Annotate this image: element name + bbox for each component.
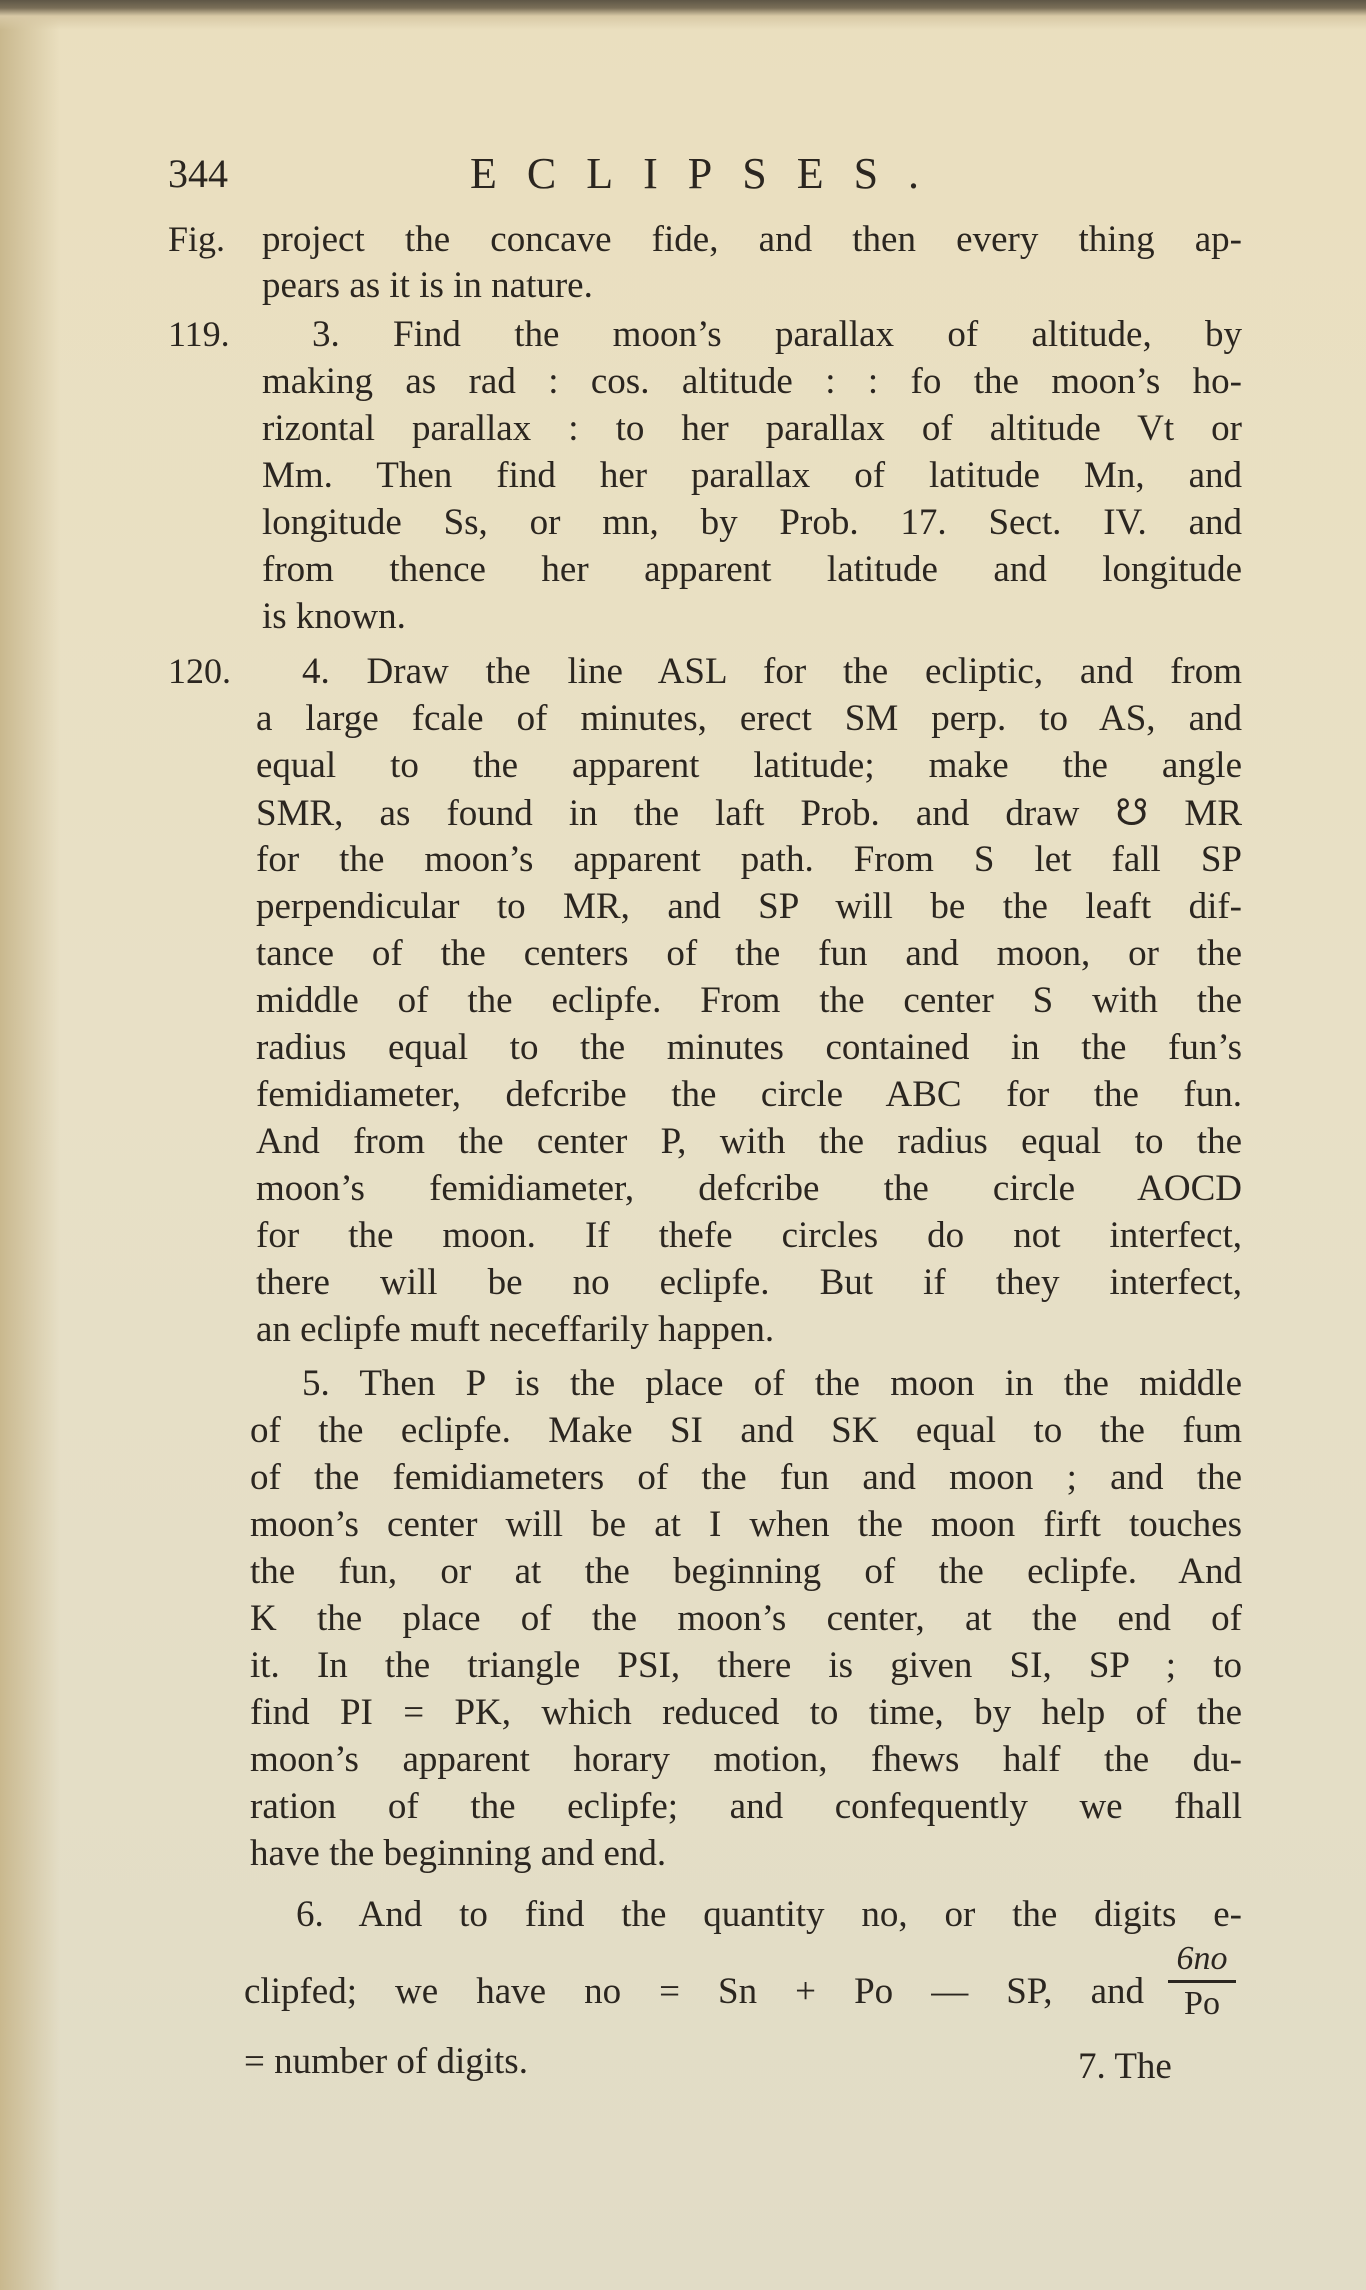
text-line: for the moon. If thefe circles do not in…	[256, 1214, 1242, 1257]
text-line: rizontal parallax : to her parallax of a…	[262, 407, 1242, 450]
page-number: 344	[168, 150, 228, 197]
text-line: And from the center P, with the radius e…	[256, 1120, 1242, 1163]
text-line: K the place of the moon’s center, at the…	[250, 1597, 1242, 1640]
text-line: of the eclipfe. Make SI and SK equal to …	[250, 1409, 1242, 1452]
digits-fraction: 6no Po	[1168, 1940, 1236, 2023]
running-title: ECLIPSES.	[470, 148, 949, 199]
margin-note-120: 120.	[168, 650, 231, 692]
text-line: SMR, as found in the laft Prob. and draw…	[256, 791, 1242, 835]
text-line: clipfed; we have no = Sn + Po — SP, and	[244, 1970, 1144, 2013]
fraction-denominator: Po	[1168, 1985, 1236, 2023]
text-line: 3. Find the moon’s parallax of altitude,…	[312, 313, 1242, 356]
text-line: perpendicular to MR, and SP will be the …	[256, 885, 1242, 928]
text-line: middle of the eclipfe. From the center S…	[256, 979, 1242, 1022]
text-line: find PI = PK, which reduced to time, by …	[250, 1691, 1242, 1734]
text-line: an eclipfe muft neceffarily happen.	[256, 1308, 774, 1351]
text-line: 6. And to find the quantity no, or the d…	[296, 1893, 1242, 1936]
text-line: have the beginning and end.	[250, 1832, 666, 1875]
text-line: it. In the triangle PSI, there is given …	[250, 1644, 1242, 1687]
text-line: femidiameter, defcribe the circle ABC fo…	[256, 1073, 1242, 1116]
fraction-bar	[1168, 1980, 1236, 1983]
book-page: 344 ECLIPSES. Fig. 119. 120. project the…	[0, 0, 1366, 2290]
text-line: Mm. Then find her parallax of latitude M…	[262, 454, 1242, 497]
margin-note-119: 119.	[168, 313, 230, 355]
text-line: is known.	[262, 595, 406, 638]
text-line: longitude Ss, or mn, by Prob. 17. Sect. …	[262, 501, 1242, 544]
text-line: of the femidiameters of the fun and moon…	[250, 1456, 1242, 1499]
text-line: 4. Draw the line ASL for the ecliptic, a…	[302, 650, 1242, 693]
text-line: 5. Then P is the place of the moon in th…	[302, 1362, 1242, 1405]
text-line: for the moon’s apparent path. From S let…	[256, 838, 1242, 881]
text-line: there will be no eclipfe. But if they in…	[256, 1261, 1242, 1304]
text-line: the fun, or at the beginning of the ecli…	[250, 1550, 1242, 1593]
text-line: moon’s apparent horary motion, fhews hal…	[250, 1738, 1242, 1781]
text-line: = number of digits.	[244, 2040, 528, 2083]
text-line: ration of the eclipfe; and confequently …	[250, 1785, 1242, 1828]
catchword: 7. The	[1078, 2045, 1172, 2088]
text-line: making as rad : cos. altitude : : fo the…	[262, 360, 1242, 403]
text-line: tance of the centers of the fun and moon…	[256, 932, 1242, 975]
text-line: pears as it is in nature.	[262, 264, 593, 307]
text-line: project the concave fide, and then every…	[262, 218, 1242, 261]
text-line: from thence her apparent latitude and lo…	[262, 548, 1242, 591]
text-line: moon’s femidiameter, defcribe the circle…	[256, 1167, 1242, 1210]
fraction-numerator: 6no	[1168, 1940, 1236, 1978]
text-line: radius equal to the minutes contained in…	[256, 1026, 1242, 1069]
margin-note-fig: Fig.	[168, 218, 225, 260]
text-line: equal to the apparent latitude; make the…	[256, 744, 1242, 787]
text-line: a large fcale of minutes, erect SM perp.…	[256, 697, 1242, 740]
text-line: moon’s center will be at I when the moon…	[250, 1503, 1242, 1546]
